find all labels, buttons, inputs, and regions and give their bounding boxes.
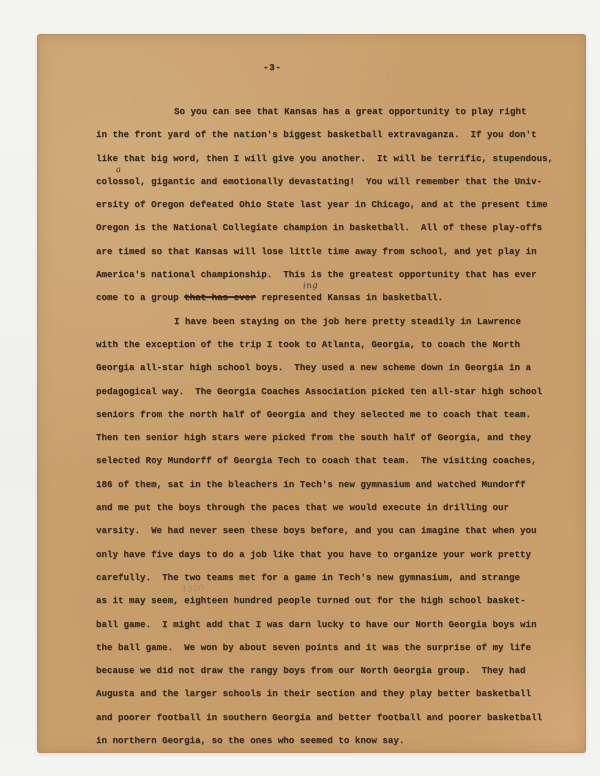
typed-text: colo xyxy=(96,176,118,187)
typed-text: Augusta and the larger schools in their … xyxy=(96,688,531,699)
handwritten-note: a xyxy=(116,166,122,174)
text-line: with the exception of the trip I took to… xyxy=(96,333,566,356)
typed-text: in the front yard of the nation's bigges… xyxy=(96,129,537,140)
text-line: ball game. I might add that I was darn l… xyxy=(96,613,566,636)
typed-text: the ball game. We won by about seven poi… xyxy=(96,642,531,653)
text-line: in northern Georgia, so the ones who see… xyxy=(96,729,566,752)
text-line: Georgia all-star high school boys. They … xyxy=(96,356,566,379)
typed-text: selected Roy Mundorff of Georgia Tech to… xyxy=(96,455,537,466)
text-line: and me put the boys through the paces th… xyxy=(96,496,566,519)
typed-text: carefully. The two teams met for a game … xyxy=(96,572,520,583)
text-line: So you can see that Kansas has a great o… xyxy=(96,100,566,123)
typed-text: Then ten senior high stars were picked f… xyxy=(96,432,531,443)
text-line: in the front yard of the nation's bigges… xyxy=(96,123,566,146)
typed-text: hundred people turned out for the high s… xyxy=(228,595,525,606)
typed-text: like that big word, then I will give you… xyxy=(96,153,553,164)
document-page: -3- So you can see that Kansas has a gre… xyxy=(37,34,586,753)
text-line: like that big word, then I will give you… xyxy=(96,147,566,170)
text-line: colossola, gigantic and emotionally deva… xyxy=(96,170,566,193)
handwritten-note: 1500 xyxy=(182,584,205,594)
typed-text: teding xyxy=(305,292,322,303)
typed-text: with the exception of the trip I took to… xyxy=(96,339,520,350)
typed-text: only have five days to do a job like tha… xyxy=(96,549,531,560)
typed-text: So you can see that Kansas has a great o… xyxy=(174,106,526,117)
typed-text: Georgia all-star high school boys. They … xyxy=(96,362,531,373)
struck-text: that has ever xyxy=(184,292,256,303)
text-line: seniors from the north half of Georgia a… xyxy=(96,403,566,426)
text-line: and poorer football in southern Georgia … xyxy=(96,706,566,729)
text-line: Then ten senior high stars were picked f… xyxy=(96,426,566,449)
handwritten-note: ing xyxy=(303,282,319,291)
typed-text: represen xyxy=(256,292,306,303)
typed-text: eighteen1500 xyxy=(184,595,228,606)
text-line: as it may seem, eighteen1500 hundred peo… xyxy=(96,589,566,612)
typed-text: ersity of Oregon defeated Ohio State las… xyxy=(96,199,548,210)
typed-text: 186 of them, sat in the bleachers in Tec… xyxy=(96,479,526,490)
typed-text: are timed so that Kansas will lose littl… xyxy=(96,246,537,257)
text-line: America's national championship. This is… xyxy=(96,263,566,286)
typed-text: pedagogical way. The Georgia Coaches Ass… xyxy=(96,386,542,397)
text-line: only have five days to do a job like tha… xyxy=(96,543,566,566)
text-line: the ball game. We won by about seven poi… xyxy=(96,636,566,659)
text-line: 186 of them, sat in the bleachers in Tec… xyxy=(96,473,566,496)
text-line: varsity. We had never seen these boys be… xyxy=(96,519,566,542)
typed-text: varsity. We had never seen these boys be… xyxy=(96,525,537,536)
typed-text: and me put the boys through the paces th… xyxy=(96,502,509,513)
text-line: carefully. The two teams met for a game … xyxy=(96,566,566,589)
typed-text: Kansas in basketball. xyxy=(322,292,443,303)
typed-text: because we did not draw the rangy boys f… xyxy=(96,665,526,676)
page-number: -3- xyxy=(263,62,343,73)
text-line: Augusta and the larger schools in their … xyxy=(96,682,566,705)
text-line: come to a group that has ever represente… xyxy=(96,286,566,309)
typed-text: I have been staying on the job here pret… xyxy=(174,316,521,327)
typed-text: America's national championship. This is… xyxy=(96,269,537,280)
typed-text: ball game. I might add that I was darn l… xyxy=(96,619,537,630)
text-line: ersity of Oregon defeated Ohio State las… xyxy=(96,193,566,216)
text-line: Oregon is the National Collegiate champi… xyxy=(96,216,566,239)
text-line: because we did not draw the rangy boys f… xyxy=(96,659,566,682)
typed-text: ssola xyxy=(118,176,140,187)
document-body: So you can see that Kansas has a great o… xyxy=(96,100,566,752)
typed-text: come to a group xyxy=(96,292,184,303)
text-line: selected Roy Mundorff of Georgia Tech to… xyxy=(96,449,566,472)
text-line: pedagogical way. The Georgia Coaches Ass… xyxy=(96,380,566,403)
typed-text: as it may seem, xyxy=(96,595,184,606)
text-line: are timed so that Kansas will lose littl… xyxy=(96,240,566,263)
typed-text: in northern Georgia, so the ones who see… xyxy=(96,735,404,746)
typed-text: and poorer football in southern Georgia … xyxy=(96,712,542,723)
typed-text: seniors from the north half of Georgia a… xyxy=(96,409,531,420)
text-line: I have been staying on the job here pret… xyxy=(96,310,566,333)
typed-text: Oregon is the National Collegiate champi… xyxy=(96,222,542,233)
typed-text: , gigantic and emotionally devastating! … xyxy=(140,176,542,187)
